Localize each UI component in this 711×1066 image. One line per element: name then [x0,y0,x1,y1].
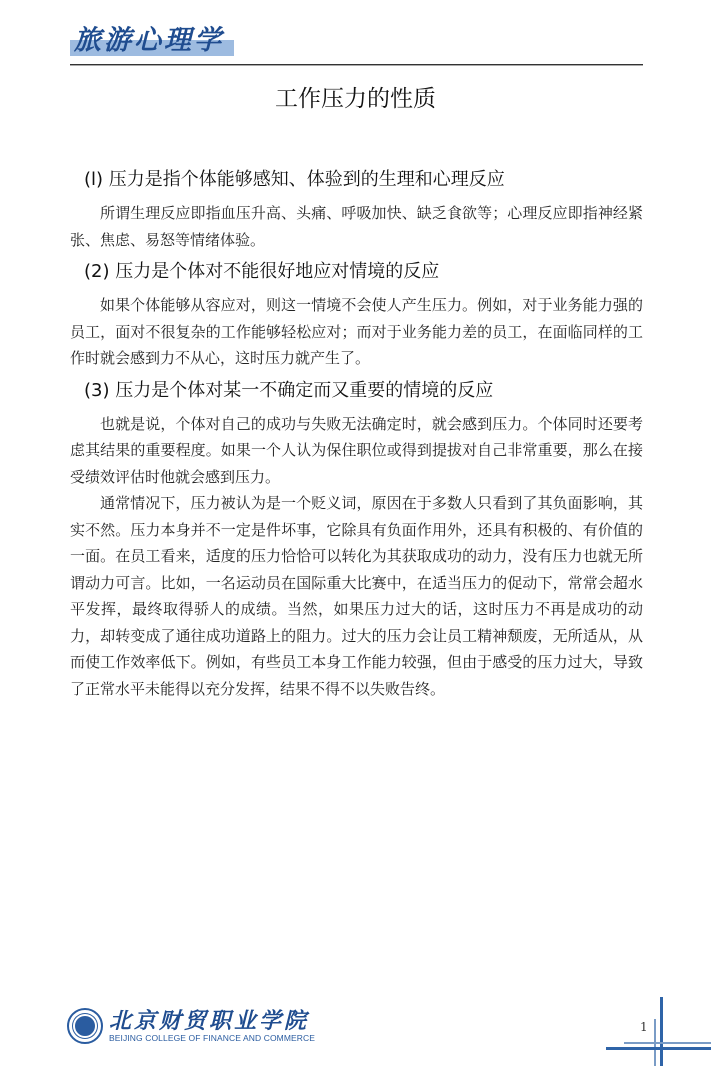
college-logo: 北京财贸职业学院 BEIJING COLLEGE OF FINANCE AND … [67,1008,315,1044]
section-heading-2: (2) 压力是个体对不能很好地应对情境的反应 [84,257,643,287]
section-2-paragraph: 如果个体能够从容应对，则这一情境不会使人产生压力。例如，对于业务能力强的员工，面… [70,292,643,372]
seal-emblem-icon [73,1014,97,1038]
logo-text: 北京财贸职业学院 BEIJING COLLEGE OF FINANCE AND … [109,1009,315,1044]
section-1-paragraph: 所谓生理反应即指血压升高、头痛、呼吸加快、缺乏食欲等；心理反应即指神经紧张、焦虑… [70,200,643,253]
section-heading-1: (l) 压力是指个体能够感知、体验到的生理和心理反应 [84,165,643,195]
running-title: 旅游心理学 [74,24,224,58]
corner-mark-horizontal-thin [624,1042,711,1044]
page-number: 1 [640,1020,648,1034]
section-3-paragraph-1: 也就是说，个体对自己的成功与失败无法确定时，就会感到压力。个体同时还要考虑其结果… [70,411,643,491]
header-divider [70,64,643,65]
document-body: (l) 压力是指个体能够感知、体验到的生理和心理反应 所谓生理反应即指血压升高、… [70,163,643,702]
page-title: 工作压力的性质 [0,83,711,115]
logo-chinese-name: 北京财贸职业学院 [109,1009,315,1033]
college-seal-icon [67,1008,103,1044]
section-heading-3: (3) 压力是个体对某一不确定而又重要的情境的反应 [84,376,643,406]
section-3-paragraph-2: 通常情况下，压力被认为是一个贬义词，原因在于多数人只看到了其负面影响，其实不然。… [70,490,643,702]
corner-mark-vertical-thick [660,997,663,1066]
logo-english-name: BEIJING COLLEGE OF FINANCE AND COMMERCE [109,1033,315,1044]
corner-mark-horizontal-thick [606,1047,711,1050]
